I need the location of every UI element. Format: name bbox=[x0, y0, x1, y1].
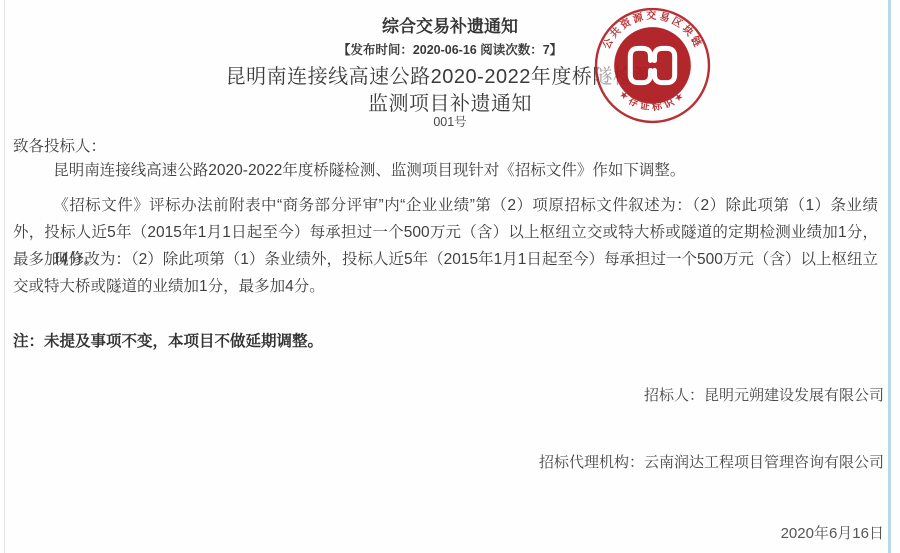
note-line: 注：未提及事项不变，本项目不做延期调整。 bbox=[13, 328, 878, 355]
agency-line: 招标代理机构：云南润达工程项目管理咨询有限公司 bbox=[24, 451, 884, 472]
document-number: 001号 bbox=[0, 112, 900, 130]
salutation: 致各投标人： bbox=[13, 133, 878, 160]
paragraph-adjustment-intro: 昆明南连接线高速公路2020-2022年度桥隧检测、监测项目现针对《招标文件》作… bbox=[13, 157, 878, 184]
project-title-line1: 昆明南连接线高速公路2020-2022年度桥隧检测、 bbox=[0, 60, 900, 89]
paragraph-revised-clause: 现修改为：（2）除此项第（1）条业绩外，投标人近5年（2015年1月1日起至今）… bbox=[13, 246, 878, 300]
publish-meta-line: 【发布时间：2020-06-16 阅读次数：7】 bbox=[0, 40, 900, 58]
notice-type-title: 综合交易补遗通知 bbox=[0, 12, 900, 37]
sign-date: 2020年6月16日 bbox=[24, 522, 884, 543]
notice-document-page: 综合交易补遗通知 【发布时间：2020-06-16 阅读次数：7】 昆明南连接线… bbox=[0, 0, 900, 553]
tenderer-line: 招标人：昆明元朔建设发展有限公司 bbox=[24, 384, 884, 405]
